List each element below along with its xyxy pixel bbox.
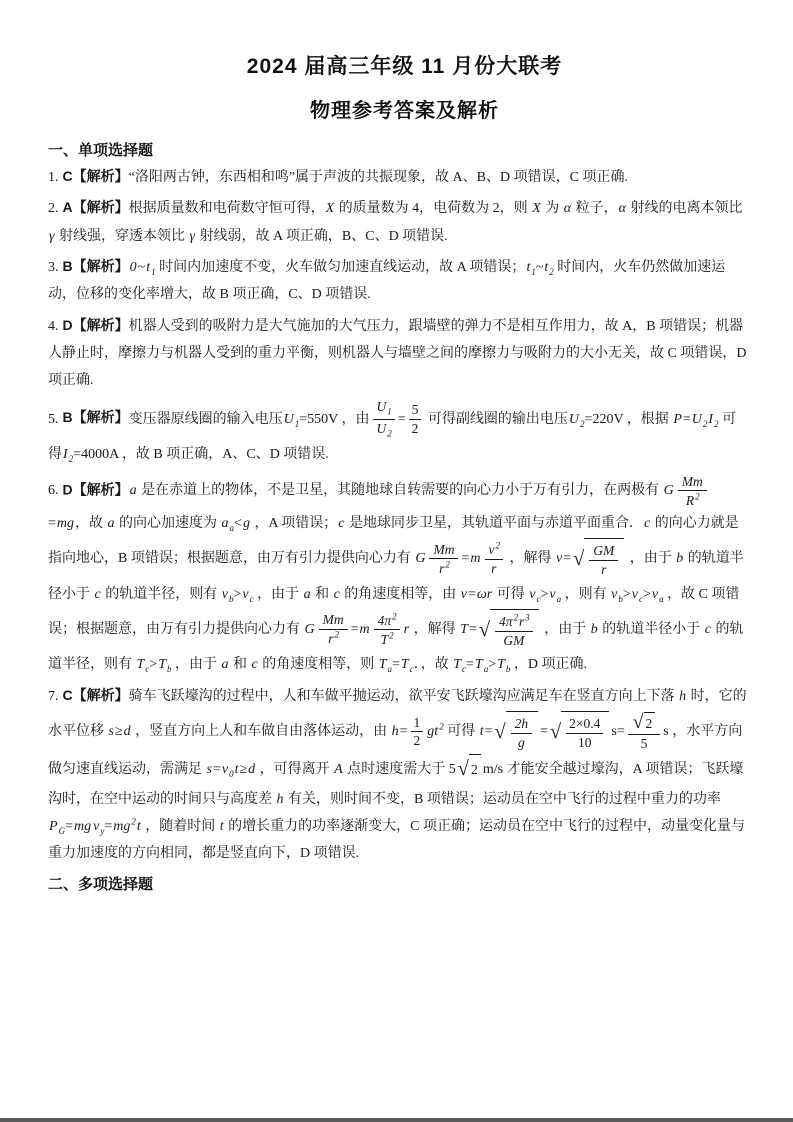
analysis-tag: 【解析】	[73, 483, 129, 498]
math-fraction: 4π2T2	[374, 611, 400, 648]
math-var: v2	[488, 542, 501, 557]
text-run: 的轨道半径，则有	[102, 587, 221, 602]
math-var: a	[107, 516, 116, 531]
text-run: >	[643, 587, 651, 602]
text-run: 变压器原线圈的输入电压	[129, 412, 283, 427]
page-title: 2024 届高三年级 11 月份大联考	[62, 50, 747, 80]
math-var: c	[94, 587, 102, 602]
question-number: 2.	[48, 201, 59, 216]
math-var: a	[129, 483, 138, 498]
text-run: =	[540, 724, 548, 739]
text-run: 时间内加速度不变，火车做匀加速直线运动，故 A 项错误；	[156, 260, 526, 275]
question-number: 7.	[48, 689, 59, 704]
text-run: 和	[312, 587, 333, 602]
math-var: r3	[518, 614, 530, 629]
math-var: Tc	[452, 657, 466, 672]
math-fraction: Mmr2	[429, 541, 458, 578]
text-run: =	[469, 622, 477, 637]
analysis-text: 根据质量数和电荷数守恒可得，X 的质量数为 4，电荷数为 2，则 X 为 α 粒…	[48, 201, 742, 243]
text-run: 2	[471, 757, 478, 784]
math-var: Tc	[400, 657, 414, 672]
math-var: Ta	[474, 657, 488, 672]
math-var: U1	[376, 399, 392, 414]
math-sqrt: √2	[458, 754, 481, 784]
math-var: GM	[502, 633, 525, 648]
text-run: 机器人受到的吸附力是大气施加的大气压力，跟墙壁的弹力不是相互作用力，故 A，B …	[48, 319, 746, 389]
text-run: 2	[414, 733, 421, 748]
text-run: =550V ，由	[299, 412, 369, 427]
math-var: ωr	[476, 587, 493, 602]
math-var: PG	[48, 819, 65, 834]
math-var: γ	[189, 229, 197, 244]
text-run: ．，故	[414, 657, 453, 672]
math-fraction: 2×0.410	[566, 715, 603, 751]
text-run: ，由于	[254, 587, 303, 602]
text-run: 骑车飞跃壕沟的过程中，人和车做平抛运动，欲平安飞跃壕沟应满足车在竖直方向上下落	[129, 689, 679, 704]
math-var: c	[251, 657, 259, 672]
math-var: P	[672, 412, 683, 427]
math-var: m	[359, 622, 371, 637]
text-run: 点时速度需大于 5	[344, 762, 456, 777]
text-run: 的轨道半径小于	[599, 622, 704, 637]
question-number: 6.	[48, 483, 59, 498]
text-run: 2×0.4	[569, 716, 600, 731]
section-heading-single-choice: 一、单项选择题	[48, 139, 747, 160]
math-var: mg	[73, 819, 92, 834]
math-var: Tc	[136, 657, 150, 672]
analysis-tag: 【解析】	[73, 201, 129, 216]
text-run: “洛阳两古钟，东西相和鸣”属于声波的共振现象，故 A、B、D 项错误，C 项正确…	[129, 170, 628, 185]
text-run: =	[65, 819, 73, 834]
math-var: 0	[129, 260, 138, 275]
text-run: ，竖直方向上人和车做自由落体运动，由	[132, 724, 391, 739]
text-run: =	[563, 551, 571, 566]
math-var: g	[517, 735, 526, 750]
math-var: v	[555, 551, 563, 566]
math-var: h	[678, 689, 687, 704]
text-run: ，则有	[561, 587, 610, 602]
answer-item: 2.A【解析】根据质量数和电荷数守恒可得，X 的质量数为 4，电荷数为 2，则 …	[48, 194, 747, 250]
math-fraction: 4π2r3GM	[495, 613, 533, 650]
analysis-text: 机器人受到的吸附力是大气施加的大气压力，跟墙壁的弹力不是相互作用力，故 A，B …	[48, 319, 746, 389]
math-var: U2	[691, 412, 708, 427]
math-var: c	[643, 516, 651, 531]
text-run: 射线的电离本领比	[627, 201, 743, 216]
math-var: Mm	[681, 474, 704, 489]
text-run: =4000A ，故 B 项正确，A、C、D 项错误.	[73, 447, 329, 462]
analysis-tag: 【解析】	[73, 689, 129, 704]
text-run: 的质量数为 4，电荷数为 2，则	[335, 201, 531, 216]
math-fraction: MmR2	[678, 473, 707, 510]
math-var: s	[206, 762, 213, 777]
answer-letter: A	[63, 199, 73, 215]
text-run: =	[392, 657, 400, 672]
math-var: mg	[56, 516, 75, 531]
text-run: 可得副线圈的输出电压	[424, 412, 568, 427]
analysis-text: “洛阳两古钟，东西相和鸣”属于声波的共振现象，故 A、B、D 项错误，C 项正确…	[129, 170, 628, 185]
answer-letter: C	[63, 687, 73, 703]
text-run: ，随着时间	[142, 819, 219, 834]
analysis-tag: 【解析】	[73, 412, 129, 427]
answer-letter: C	[63, 168, 73, 184]
text-run: ，可得离开	[256, 762, 333, 777]
text-run: 粒子，	[572, 201, 618, 216]
text-run: 是地球同步卫星，其轨道平面与赤道平面重合．	[346, 516, 644, 531]
text-run: ≥	[115, 724, 123, 739]
question-number: 3.	[48, 260, 59, 275]
math-var: G	[304, 622, 316, 637]
answer-letter: D	[63, 317, 73, 333]
text-run: 可得	[444, 724, 479, 739]
analysis-text: a 是在赤道上的物体，不是卫星，其随地球自转需要的向心力小于万有引力，在两极有 …	[48, 483, 744, 672]
math-var: r	[600, 562, 607, 577]
text-run: 可得	[493, 587, 528, 602]
math-var: I2	[62, 447, 73, 462]
math-var: T2	[380, 632, 394, 647]
answer-item: 6.D【解析】a 是在赤道上的物体，不是卫星，其随地球自转需要的向心力小于万有引…	[48, 472, 747, 679]
math-fraction: U1U2	[373, 398, 395, 440]
math-var: Mm	[322, 612, 345, 627]
math-var: Mm	[432, 542, 455, 557]
text-run: >	[488, 657, 496, 672]
math-var: r	[403, 622, 410, 637]
answer-item: 7.C【解析】骑车飞跃壕沟的过程中，人和车做平抛运动，欲平安飞跃壕沟应满足车在竖…	[48, 682, 747, 868]
text-run: 2	[412, 421, 419, 436]
math-var: vb	[221, 587, 234, 602]
text-run: ，D 项正确.	[510, 657, 587, 672]
math-var: d	[123, 724, 132, 739]
text-run: 的向心加速度为	[116, 516, 221, 531]
text-run: <	[234, 516, 242, 531]
answer-item: 4.D【解析】机器人受到的吸附力是大气施加的大气压力，跟墙壁的弹力不是相互作用力…	[48, 312, 747, 395]
text-run: =	[351, 622, 359, 637]
text-run: ，解得	[506, 551, 555, 566]
text-run: ，由于	[541, 622, 590, 637]
math-var: c	[333, 587, 341, 602]
math-fraction: √25	[628, 711, 661, 752]
analysis-text: 骑车飞跃壕沟的过程中，人和车做平抛运动，欲平安飞跃壕沟应满足车在竖直方向上下落 …	[48, 689, 747, 861]
answer-letter: D	[63, 481, 73, 497]
math-var: aa	[221, 516, 235, 531]
question-number: 1.	[48, 170, 59, 185]
math-var: vy	[92, 819, 104, 834]
text-run: 为	[542, 201, 563, 216]
math-var: r2	[327, 631, 339, 646]
text-run: ，由于	[626, 551, 675, 566]
math-var: t1	[525, 260, 535, 275]
text-run: =	[683, 412, 691, 427]
text-run: =	[468, 587, 476, 602]
text-run: =	[48, 516, 56, 531]
math-fraction: 2hg	[511, 715, 533, 751]
math-sqrt: √4π2r3GM	[479, 609, 539, 651]
math-var: X	[531, 201, 542, 216]
math-var: U1	[283, 412, 300, 427]
math-var: U2	[376, 421, 392, 436]
text-run: 5	[641, 736, 648, 751]
math-var: 4π2	[498, 614, 518, 629]
math-fraction: Mmr2	[319, 611, 348, 648]
math-var: v	[460, 587, 468, 602]
answer-item: 5.B【解析】变压器原线圈的输入电压U1=550V ，由U1U2=52 可得副线…	[48, 397, 747, 468]
math-var: G	[663, 483, 675, 498]
math-var: vc	[528, 587, 540, 602]
analysis-text: 变压器原线圈的输入电压U1=550V ，由U1U2=52 可得副线圈的输出电压U…	[48, 412, 736, 463]
text-run: 10	[578, 735, 592, 750]
text-run: =	[400, 724, 408, 739]
math-var: 4π2	[377, 613, 397, 628]
math-var: Tb	[157, 657, 171, 672]
text-run: ，由于	[172, 657, 221, 672]
analysis-tag: 【解析】	[73, 260, 129, 275]
math-var: r	[490, 561, 497, 576]
text-run: 的角速度相等，则	[259, 657, 378, 672]
math-var: b	[675, 551, 684, 566]
math-var: T	[459, 622, 469, 637]
analysis-tag: 【解析】	[73, 170, 129, 185]
math-var: c	[704, 622, 712, 637]
text-run: 射线强，穿透本领比	[56, 229, 189, 244]
math-var: a	[221, 657, 230, 672]
page-subtitle: 物理参考答案及解析	[62, 94, 747, 123]
document-page: 2024 届高三年级 11 月份大联考 物理参考答案及解析 一、单项选择题 1.…	[0, 0, 793, 894]
answer-item: 1.C【解析】“洛阳两古钟，东西相和鸣”属于声波的共振现象，故 A、B、D 项错…	[48, 163, 747, 191]
math-var: α	[618, 201, 627, 216]
text-run: s=	[611, 724, 624, 739]
math-var: GM	[592, 543, 615, 558]
answer-item: 3.B【解析】0~t1 时间内加速度不变，火车做匀加速直线运动，故 A 项错误；…	[48, 253, 747, 309]
answer-list: 1.C【解析】“洛阳两古钟，东西相和鸣”属于声波的共振现象，故 A、B、D 项错…	[62, 163, 747, 867]
text-run: 1	[414, 715, 421, 730]
text-run: ，A 项错误；	[251, 516, 337, 531]
math-var: R2	[685, 493, 700, 508]
text-run: =220V ，根据	[585, 412, 673, 427]
text-run: =	[485, 724, 493, 739]
text-run: >	[623, 587, 631, 602]
text-run: 有关，则时间不变，B 项错误；运动员在空中飞行的过程中重力的功率	[285, 792, 721, 807]
math-var: m	[469, 551, 481, 566]
math-fraction: 52	[409, 401, 422, 437]
text-run: ，故	[75, 516, 107, 531]
math-var: va	[651, 587, 664, 602]
math-var: Ta	[378, 657, 392, 672]
math-var: c	[337, 516, 345, 531]
analysis-text: 0~t1 时间内加速度不变，火车做匀加速直线运动，故 A 项错误；t1~t2 时…	[48, 260, 725, 302]
text-run: 2	[646, 715, 653, 733]
math-var: 2h	[514, 716, 530, 731]
text-run: 是在赤道上的物体，不是卫星，其随地球自转需要的向心力小于万有引力，在两极有	[138, 483, 663, 498]
math-var: α	[563, 201, 572, 216]
math-sqrt: √GMr	[573, 538, 624, 579]
text-run: ≥	[239, 762, 247, 777]
math-var: G	[414, 551, 426, 566]
math-var: d	[247, 762, 256, 777]
math-sqrt: √2	[633, 712, 656, 733]
answer-letter: B	[63, 258, 73, 274]
math-var: r2	[438, 561, 450, 576]
math-var: A	[333, 762, 344, 777]
question-number: 5.	[48, 412, 59, 427]
math-var: g	[242, 516, 251, 531]
math-var: s	[108, 724, 115, 739]
math-var: Tb	[496, 657, 510, 672]
math-sqrt: √2hg	[494, 711, 538, 752]
text-run: =	[398, 412, 406, 427]
question-number: 4.	[48, 319, 59, 334]
math-var: b	[590, 622, 599, 637]
section-heading-multi-choice: 二、多项选择题	[48, 873, 747, 894]
math-var: gt2	[426, 724, 443, 739]
text-run: 和	[230, 657, 251, 672]
math-var: h	[391, 724, 400, 739]
bottom-edge-bar	[0, 1118, 793, 1122]
text-run: =	[466, 657, 474, 672]
math-fraction: 12	[411, 714, 424, 750]
math-var: t2	[543, 260, 553, 275]
text-run: 的角速度相等，由	[341, 587, 460, 602]
answer-letter: B	[63, 410, 73, 426]
math-var: va	[548, 587, 561, 602]
math-var: v0	[221, 762, 234, 777]
math-sqrt: √2×0.410	[550, 711, 609, 752]
math-var: U2	[568, 412, 585, 427]
math-fraction: v2r	[485, 541, 504, 578]
math-var: h	[276, 792, 285, 807]
text-run: 根据质量数和电荷数守恒可得，	[129, 201, 325, 216]
text-run: 5	[412, 402, 419, 417]
math-var: γ	[48, 229, 56, 244]
math-var: a	[303, 587, 312, 602]
math-var: vc	[241, 587, 253, 602]
text-run: =	[213, 762, 221, 777]
math-var: mg2	[112, 819, 136, 834]
analysis-tag: 【解析】	[73, 319, 129, 334]
text-run: ，解得	[410, 622, 459, 637]
math-var: vc	[631, 587, 643, 602]
math-var: t1	[145, 260, 155, 275]
math-var: vb	[610, 587, 623, 602]
math-fraction: GMr	[589, 542, 618, 578]
math-var: I2	[707, 412, 718, 427]
math-var: X	[325, 201, 336, 216]
text-run: 射线弱，故 A 项正确，B、C、D 项错误.	[196, 229, 448, 244]
